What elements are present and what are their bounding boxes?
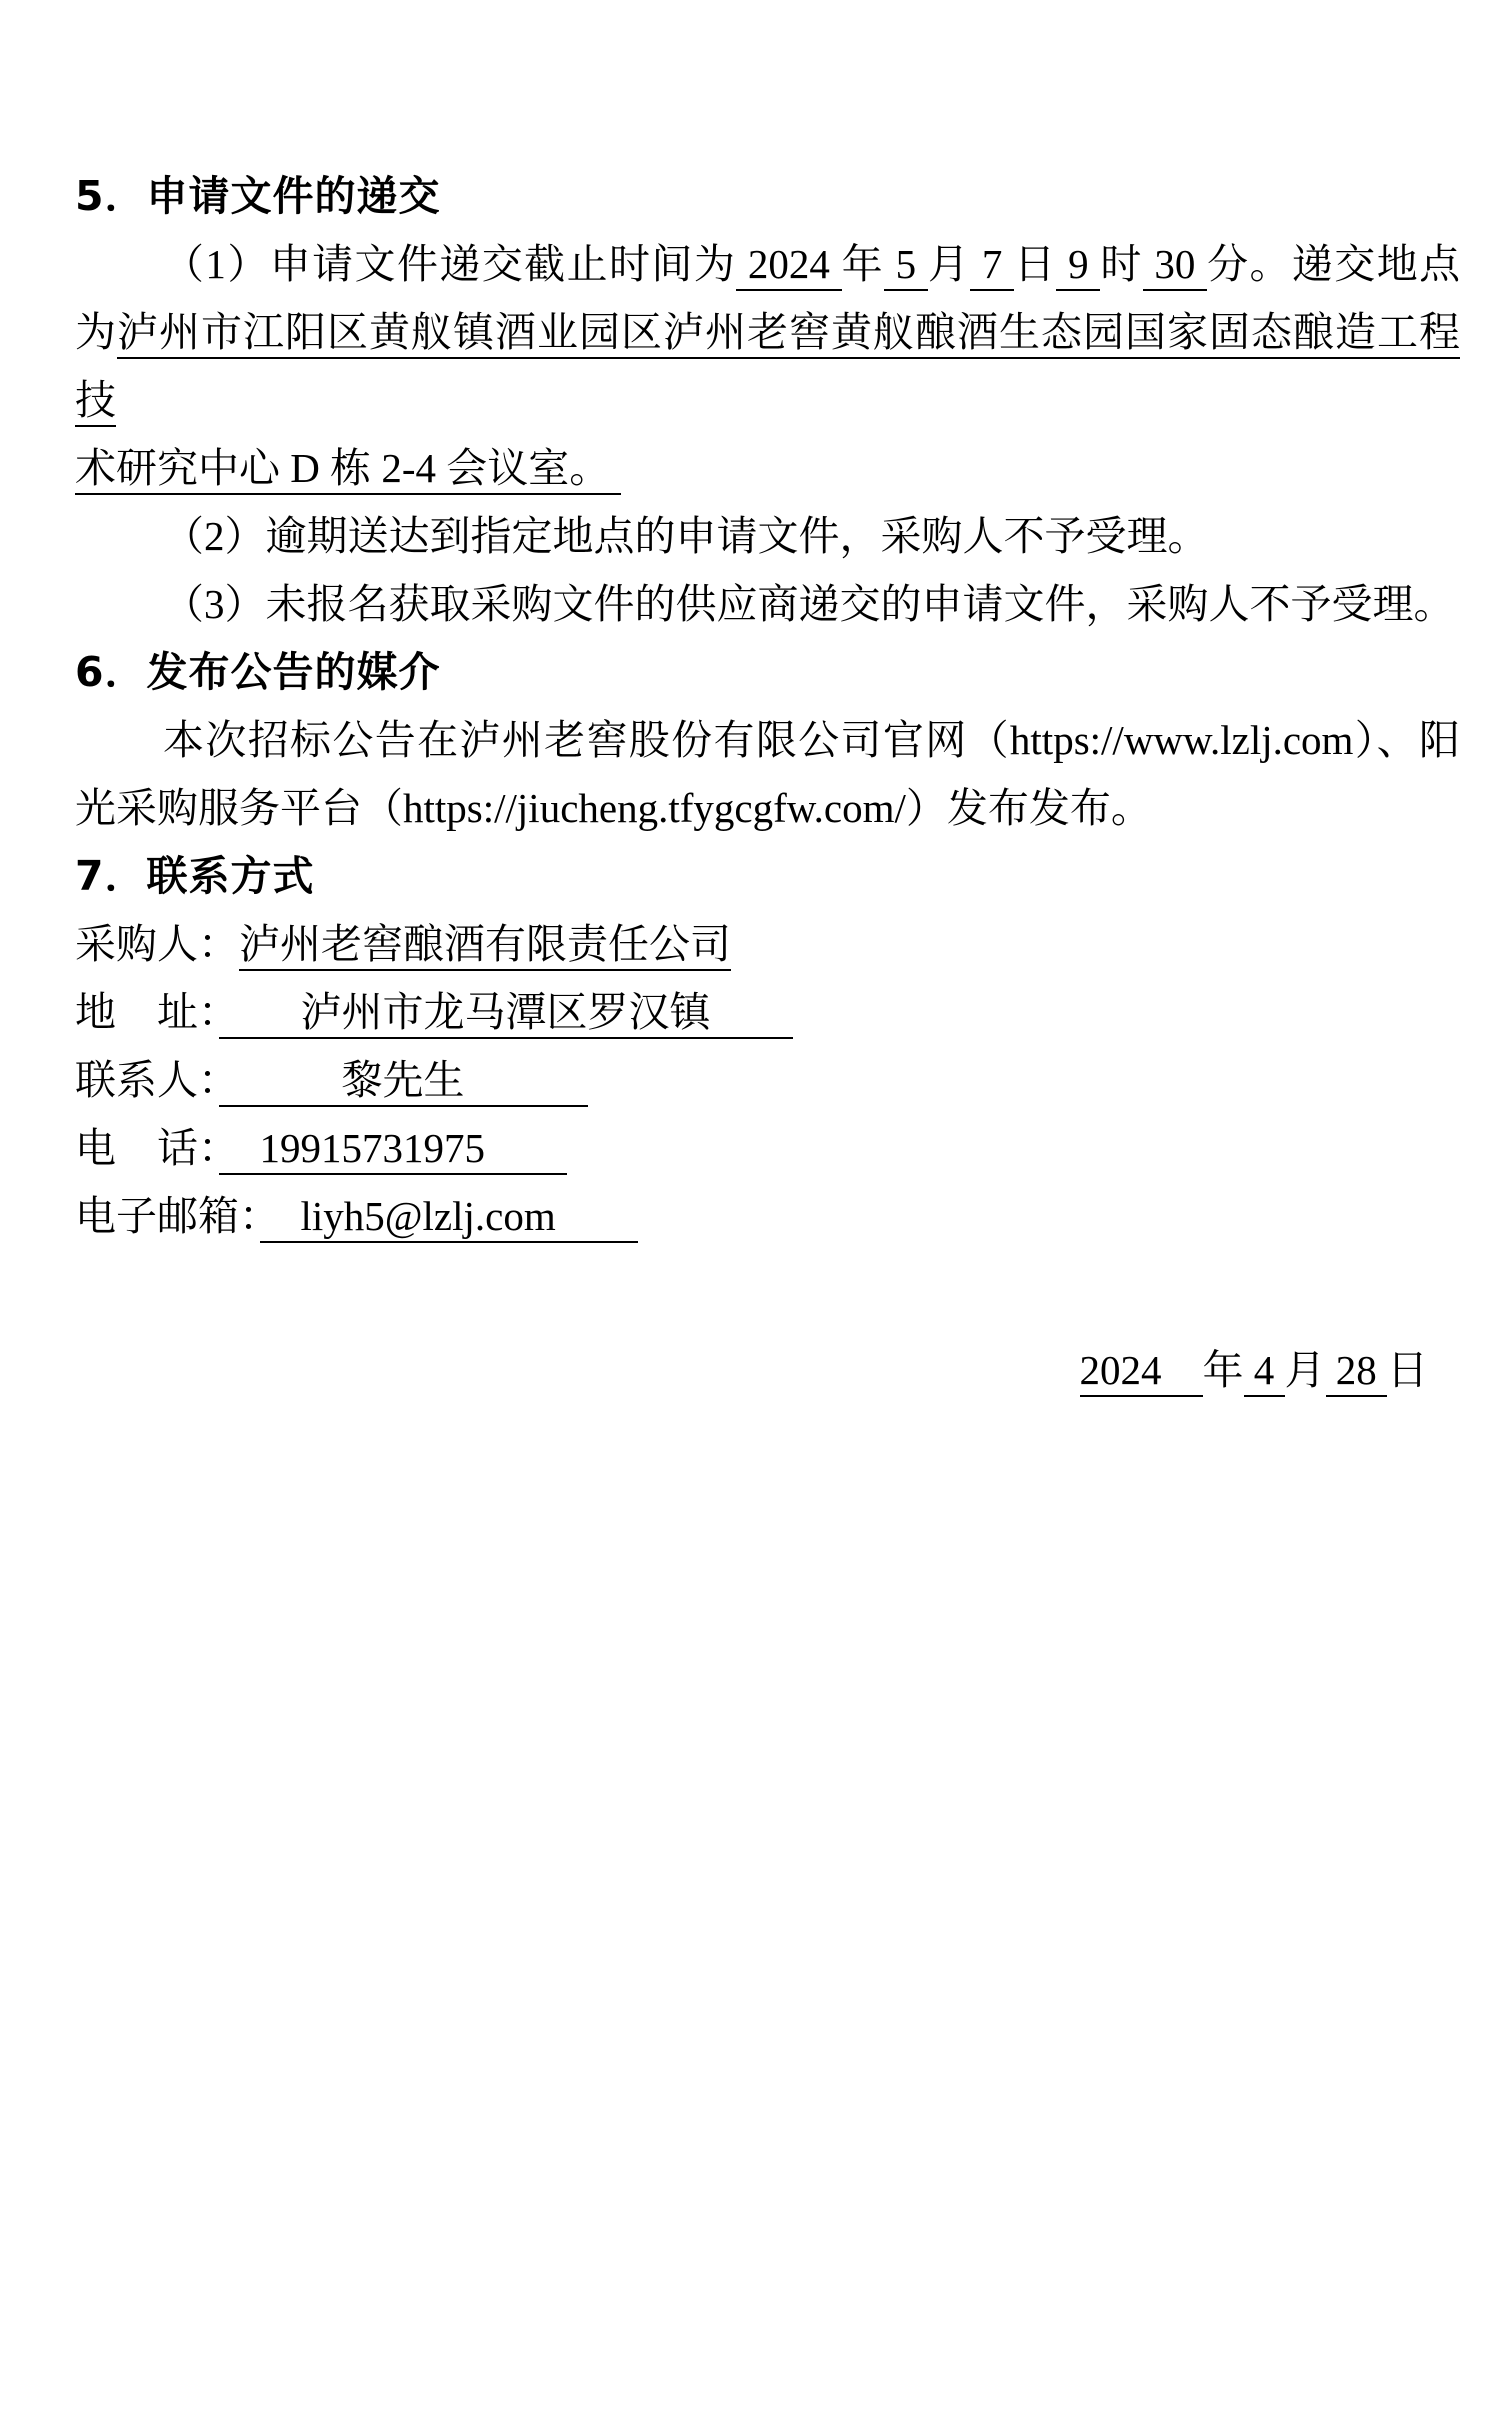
para-1-line-2: 为泸州市江阳区黄舣镇酒业园区泸州老窖黄舣酿酒生态园国家固态酿造工程技 <box>75 298 1460 434</box>
underlined-text: 术研究中心 D 栋 2-4 会议室。 <box>75 445 621 495</box>
text-segment: 电 话： <box>75 1125 219 1171</box>
underlined-text: 5 <box>884 241 928 291</box>
underlined-text: 泸州市江阳区黄舣镇酒业园区泸州老窖黄舣酿酒生态园国家固态酿造工程技 <box>75 309 1460 427</box>
text-segment: 6．发布公告的媒介 <box>75 648 441 696</box>
underlined-text: 28 <box>1326 1347 1388 1397</box>
para-2: （2）逾期送达到指定地点的申请文件，采购人不予受理。 <box>75 502 1460 570</box>
text-segment: 地 址： <box>75 989 219 1035</box>
section-7-heading: 7．联系方式 <box>75 842 1460 910</box>
document-page: 5．申请文件的递交（1）申请文件递交截止时间为 2024 年 5 月 7 日 9… <box>0 0 1500 2435</box>
underlined-text: 7 <box>970 241 1014 291</box>
text-segment: 时 <box>1100 241 1142 287</box>
date-line: 2024 年 4 月 28 日 <box>75 1336 1460 1404</box>
text-segment: 日 <box>1387 1347 1428 1393</box>
underlined-text: 黎先生 <box>219 1057 588 1107</box>
contact-address: 地 址： 泸州市龙马潭区罗汉镇 <box>75 978 1460 1046</box>
section-5-heading: 5．申请文件的递交 <box>75 162 1460 230</box>
text-segment: （3）未报名获取采购文件的供应商递交的申请文件，采购人不予受理。 <box>163 581 1455 627</box>
contact-purchaser: 采购人：泸州老窖酿酒有限责任公司 <box>75 910 1460 978</box>
para-4-line-1: 本次招标公告在泸州老窖股份有限公司官网（https://www.lzlj.com… <box>75 706 1460 774</box>
para-3: （3）未报名获取采购文件的供应商递交的申请文件，采购人不予受理。 <box>75 570 1460 638</box>
contact-email: 电子邮箱： liyh5@lzlj.com <box>75 1182 1460 1250</box>
section-6-heading: 6．发布公告的媒介 <box>75 638 1460 706</box>
para-1-line-3: 术研究中心 D 栋 2-4 会议室。 <box>75 434 1460 502</box>
underlined-text: liyh5@lzlj.com <box>260 1193 638 1243</box>
underlined-text: 30 <box>1143 241 1207 291</box>
text-segment: 年 <box>842 241 884 287</box>
underlined-text: 4 <box>1244 1347 1285 1397</box>
underlined-text: 泸州老窖酿酒有限责任公司 <box>239 921 731 971</box>
contact-person: 联系人： 黎先生 <box>75 1046 1460 1114</box>
text-segment: 月 <box>928 241 970 287</box>
underlined-text: 2024 <box>736 241 841 291</box>
text-segment: （1）申请文件递交截止时间为 <box>163 241 736 287</box>
underlined-text: 泸州市龙马潭区罗汉镇 <box>219 989 793 1039</box>
text-segment: 5．申请文件的递交 <box>75 172 441 220</box>
document-body: 5．申请文件的递交（1）申请文件递交截止时间为 2024 年 5 月 7 日 9… <box>0 0 1500 1404</box>
text-segment: 分。递交地点 <box>1207 241 1460 287</box>
text-segment: 联系人： <box>75 1057 219 1103</box>
contact-phone: 电 话： 19915731975 <box>75 1114 1460 1182</box>
text-segment: 光采购服务平台（https://jiucheng.tfygcgfw.com/）发… <box>75 785 1152 831</box>
text-segment: 月 <box>1285 1347 1326 1393</box>
text-segment: 采购人： <box>75 921 239 967</box>
underlined-text: 9 <box>1056 241 1100 291</box>
text-segment: 7．联系方式 <box>75 852 315 900</box>
para-4-line-2: 光采购服务平台（https://jiucheng.tfygcgfw.com/）发… <box>75 774 1460 842</box>
underlined-text: 19915731975 <box>219 1125 568 1175</box>
text-segment: 为 <box>75 309 117 355</box>
text-segment: 日 <box>1014 241 1056 287</box>
text-segment: 本次招标公告在泸州老窖股份有限公司官网（https://www.lzlj.com… <box>163 717 1460 763</box>
text-segment: 电子邮箱： <box>75 1193 260 1239</box>
para-1-line-1: （1）申请文件递交截止时间为 2024 年 5 月 7 日 9 时 30 分。递… <box>75 230 1460 298</box>
text-segment: （2）逾期送达到指定地点的申请文件，采购人不予受理。 <box>163 513 1209 559</box>
text-segment: 年 <box>1203 1347 1244 1393</box>
underlined-text: 2024 <box>1080 1347 1203 1397</box>
